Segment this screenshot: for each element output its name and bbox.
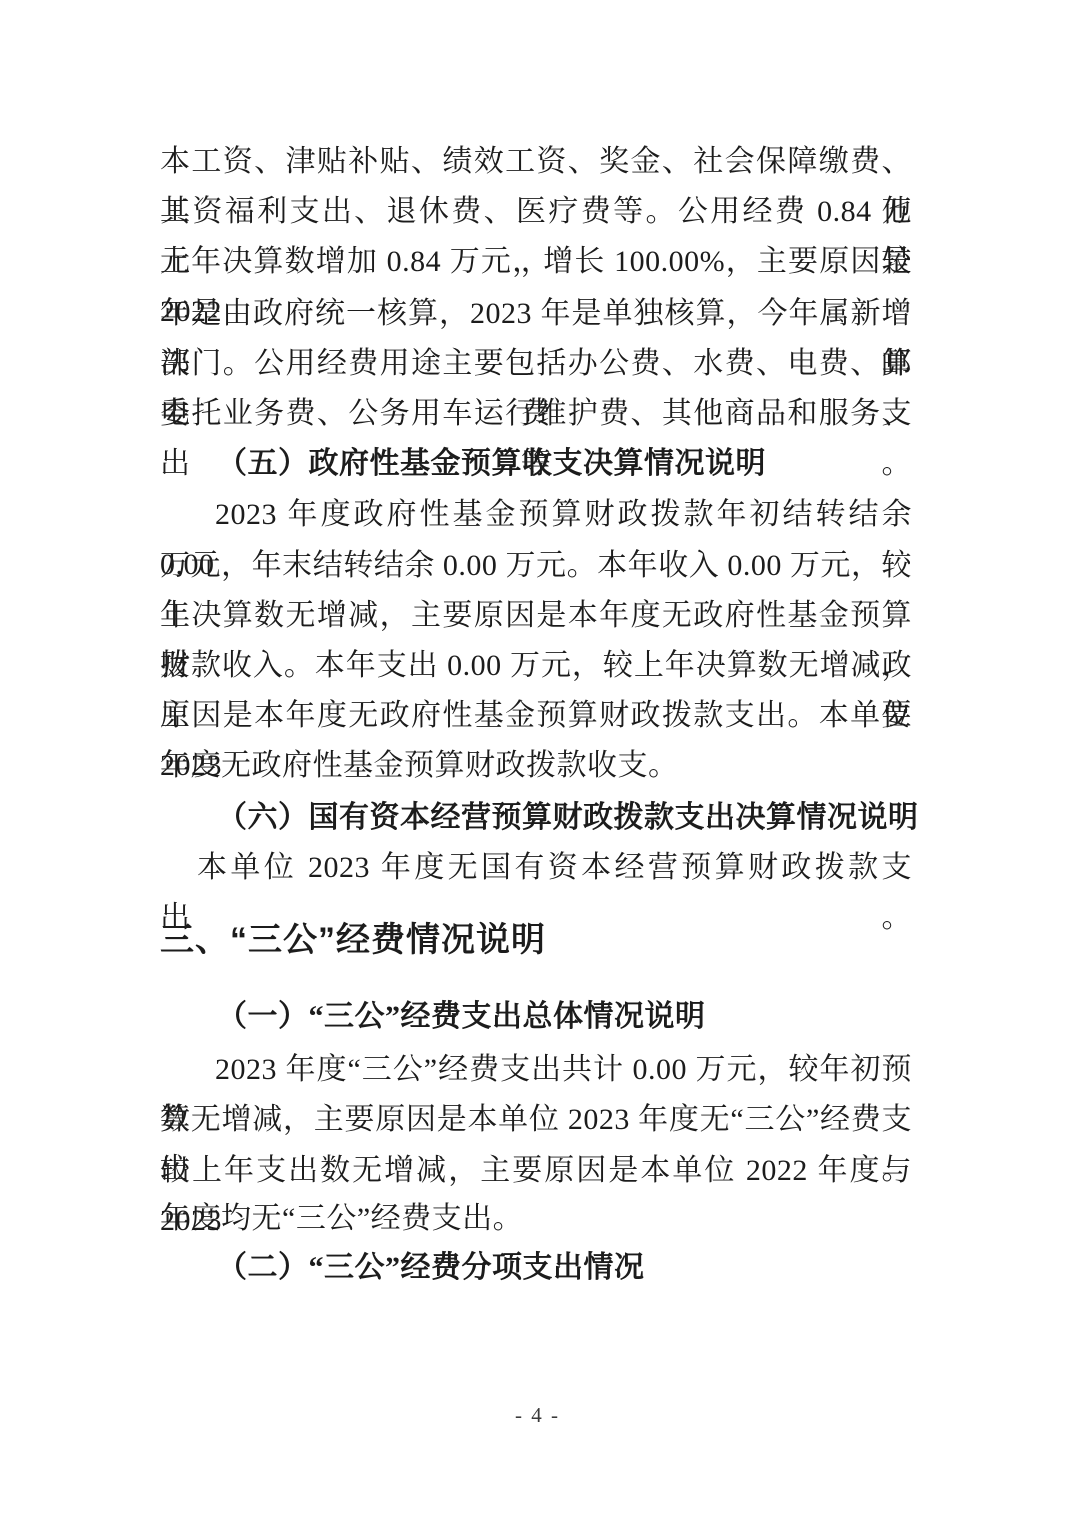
- document-page: 本工资、津贴补贴、绩效工资、奖金、社会保障缴费、其他 工资福利支出、退休费、医疗…: [0, 0, 1075, 1520]
- body-text-line: 2023 年度“三公”经费支出共计 0.00 万元，较年初预算: [160, 1045, 912, 1095]
- document-body: 本工资、津贴补贴、绩效工资、奖金、社会保障缴费、其他 工资福利支出、退休费、医疗…: [160, 0, 912, 1520]
- body-text-line: 原因是本年度无政府性基金预算财政拨款支出。本单位 2023: [160, 691, 912, 741]
- subsection-heading-6: （六）国有资本经营预算财政拨款支出决算情况说明: [160, 793, 969, 843]
- body-text-line: 年度均无“三公”经费支出。: [160, 1194, 912, 1244]
- body-text-line: 本工资、津贴补贴、绩效工资、奖金、社会保障缴费、其他: [160, 137, 912, 187]
- page-number: - 4 -: [0, 1400, 1075, 1430]
- body-text-line: 万元，年末结转结余 0.00 万元。本年收入 0.00 万元，较上: [160, 541, 912, 591]
- body-text-line: 较上年支出数无增减，主要原因是本单位 2022 年度与 2023: [160, 1146, 912, 1196]
- body-text-line: 年是由政府统一核算，2023 年是单独核算，今年属新增决算: [160, 289, 912, 339]
- subsection-heading-1: （一）“三公”经费支出总体情况说明: [160, 992, 969, 1042]
- section-heading-3: 三、“三公”经费情况说明: [160, 912, 912, 968]
- body-text-line: 本单位 2023 年度无国有资本经营预算财政拨款支出。: [160, 843, 912, 893]
- body-text-line: 工资福利支出、退休费、医疗费等。公用经费 0.84 万元，较: [160, 187, 912, 237]
- body-text-line: 数无增减，主要原因是本单位 2023 年度无“三公”经费支出。: [160, 1095, 912, 1145]
- body-text-line: 部门。公用经费用途主要包括办公费、水费、电费、邮电费、: [160, 339, 912, 389]
- subsection-heading-2: （二）“三公”经费分项支出情况: [160, 1243, 969, 1293]
- body-text-line: 2023 年度政府性基金预算财政拨款年初结转结余 0.00: [160, 490, 912, 540]
- body-text-line: 委托业务费、公务用车运行维护费、其他商品和服务支出等。: [160, 389, 912, 439]
- body-text-line: 拨款收入。本年支出 0.00 万元，较上年决算数无增减，主要: [160, 641, 912, 691]
- subsection-heading-5: （五）政府性基金预算收支决算情况说明: [160, 439, 969, 489]
- body-text-line: 上年决算数增加 0.84 万元，增长 100.00%，主要原因是 2022: [160, 237, 912, 287]
- body-text-line: 年度无政府性基金预算财政拨款收支。: [160, 741, 912, 791]
- body-text-line: 年决算数无增减，主要原因是本年度无政府性基金预算财政: [160, 591, 912, 641]
